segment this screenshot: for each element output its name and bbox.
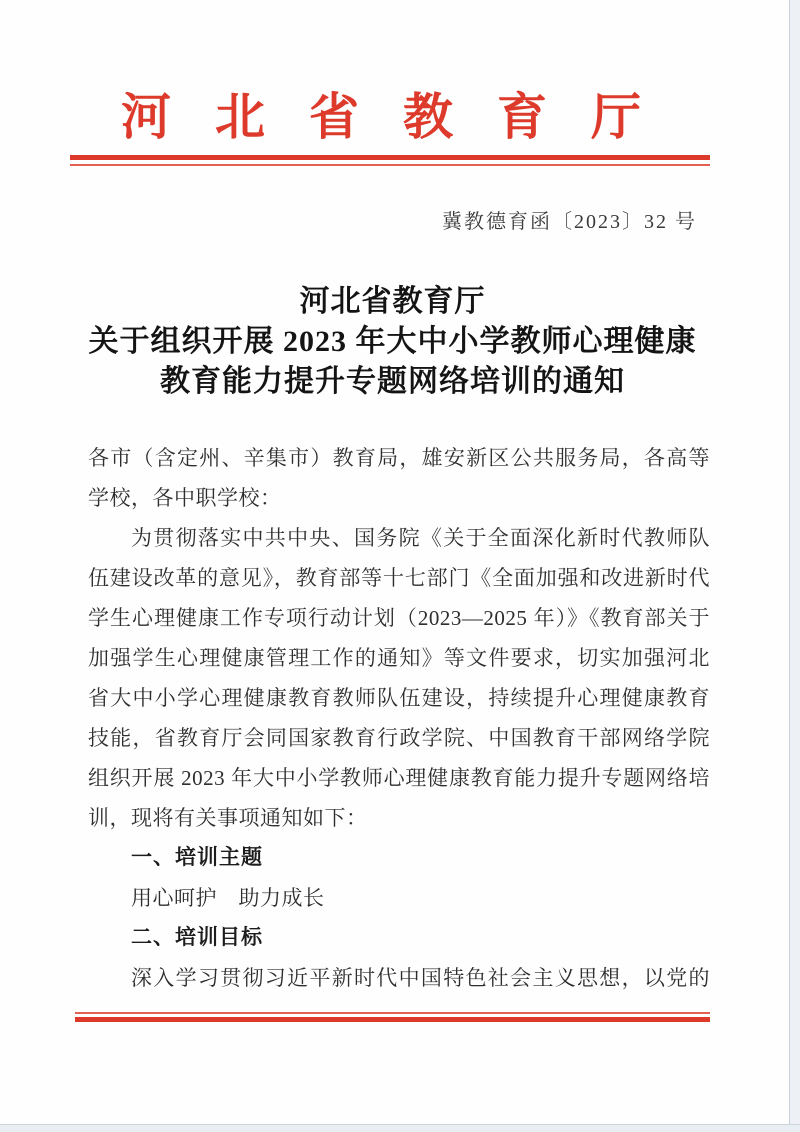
document-title: 河北省教育厅 关于组织开展 2023 年大中小学教师心理健康 教育能力提升专题网… [75, 282, 710, 402]
scan-edge-right [789, 0, 800, 1132]
section-2-content: 深入学习贯彻习近平新时代中国特色社会主义思想，以党的 [88, 958, 710, 998]
scan-edge-bottom [0, 1124, 800, 1132]
intro-paragraph: 为贯彻落实中共中央、国务院《关于全面深化新时代教师队伍建设改革的意见》，教育部等… [88, 518, 710, 838]
footer-rule-thick [75, 1017, 710, 1022]
salutation: 各市（含定州、辛集市）教育局，雄安新区公共服务局，各高等学校，各中职学校： [88, 438, 710, 518]
masthead-divider [70, 155, 710, 166]
document-title-line-1: 河北省教育厅 [75, 282, 710, 322]
document-title-line-2: 关于组织开展 2023 年大中小学教师心理健康 [75, 322, 710, 362]
scanned-document-page: 河北省教育厅 冀教德育函〔2023〕32 号 河北省教育厅 关于组织开展 202… [0, 0, 800, 1132]
agency-name: 河北省教育厅 [83, 88, 723, 146]
document-body: 各市（含定州、辛集市）教育局，雄安新区公共服务局，各高等学校，各中职学校： 为贯… [88, 438, 710, 998]
masthead-rule-thin [70, 164, 710, 166]
document-number: 冀教德育函〔2023〕32 号 [70, 209, 697, 235]
section-1-heading: 一、培训主题 [88, 838, 710, 878]
footer-divider [75, 1012, 710, 1022]
document-title-line-3: 教育能力提升专题网络培训的通知 [75, 362, 710, 402]
section-1-content: 用心呵护 助力成长 [88, 878, 710, 918]
section-2-heading: 二、培训目标 [88, 918, 710, 958]
